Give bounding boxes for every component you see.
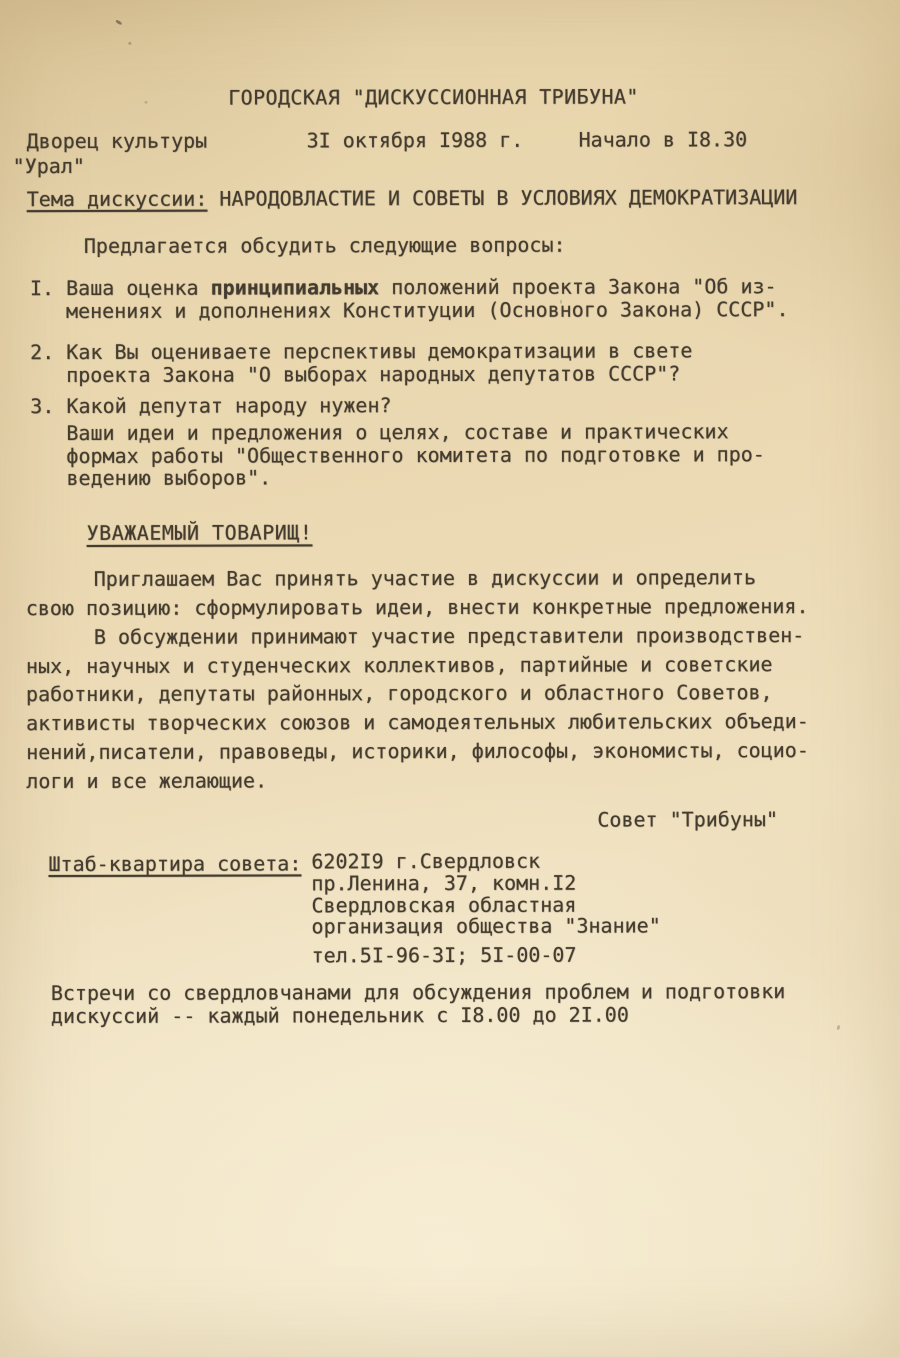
participants-paragraph: В обсуждении принимают участие представи… xyxy=(26,621,809,795)
participants-line6: логи и все желающие. xyxy=(26,765,809,796)
headquarters-org-line2: организация общества "Знание" xyxy=(311,916,660,939)
invitation-line2: свою позицию: сформулировать идеи, внест… xyxy=(26,592,809,623)
salutation: УВАЖАЕМЫЙ ТОВАРИЩ! xyxy=(87,520,313,545)
question-3: 3. Какой депутат народу нужен? xyxy=(30,394,391,417)
paper-speck xyxy=(115,19,123,25)
question-1-line1: I. Ваша оценка принципиальных положений … xyxy=(30,275,789,299)
participants-line1: В обсуждении принимают участие представи… xyxy=(26,621,809,652)
meetings-note: Встречи со свердловчанами для обсуждения… xyxy=(51,980,786,1027)
participants-line4: активисты творческих союзов и самодеятел… xyxy=(26,707,809,738)
event-info-row: Дворец культуры "Урал" 3I октября I988 г… xyxy=(27,127,899,179)
headquarters-postal-city: 6202I9 г.Свердловск xyxy=(311,850,660,873)
question-2: 2. Как Вы оцениваете перспективы демокра… xyxy=(30,339,692,386)
event-date: 3I октября I988 г. xyxy=(307,128,524,153)
signature: Совет "Трибуны" xyxy=(597,807,778,831)
question-2-line1: 2. Как Вы оцениваете перспективы демокра… xyxy=(30,339,692,363)
question-2-number: 2. xyxy=(30,340,54,364)
headquarters-address: 6202I9 г.Свердловск пр.Ленина, 37, комн.… xyxy=(311,850,661,967)
event-start-time: Начало в I8.30 xyxy=(579,127,748,151)
paper-speck xyxy=(128,42,131,45)
venue-name-line2: "Урал" xyxy=(13,152,899,178)
invitation-paragraph: Приглашаем Вас принять участие в дискусс… xyxy=(26,563,809,623)
question-3-number: 3. xyxy=(30,394,54,418)
agenda-intro: Предлагается обсудить следующие вопросы: xyxy=(84,233,566,258)
invitation-line1: Приглашаем Вас принять участие в дискусс… xyxy=(26,563,809,594)
headquarters-block: Штаб-квартира совета: 6202I9 г.Свердловс… xyxy=(48,850,660,968)
participants-line2: ных, научных и студенческих коллективов,… xyxy=(26,650,809,681)
question-3-subtext: Ваши идеи и предложения о целях, составе… xyxy=(66,420,765,489)
question-1-line2: менениях и дополнениях Конституции (Осно… xyxy=(30,298,789,322)
topic-row: Тема дискуссии: НАРОДОВЛАСТИЕ И СОВЕТЫ В… xyxy=(27,185,798,211)
headquarters-label: Штаб-квартира совета: xyxy=(48,851,301,876)
question-2-line2: проекта Закона "О выборах народных депут… xyxy=(30,362,692,386)
participants-line3: работники, депутаты районных, городского… xyxy=(26,678,809,709)
question-3-sub-line2: формах работы "Общественного комитета по… xyxy=(66,443,764,467)
question-3-sub-line3: ведению выборов". xyxy=(66,465,764,489)
question-1-bold-word: принципиальных xyxy=(211,275,380,299)
question-3-sub-line1: Ваши идеи и предложения о целях, составе… xyxy=(66,420,764,444)
headquarters-street: пр.Ленина, 37, комн.I2 xyxy=(311,872,660,895)
participants-line5: нений,писатели, правоведы, историки, фил… xyxy=(26,736,809,767)
document-body: ГОРОДСКАЯ "ДИСКУССИОННАЯ ТРИБУНА" Дворец… xyxy=(0,0,900,1357)
topic-title: НАРОДОВЛАСТИЕ И СОВЕТЫ В УСЛОВИЯХ ДЕМОКР… xyxy=(219,185,797,211)
headquarters-phone: тел.5I-96-3I; 5I-00-07 xyxy=(312,945,661,968)
meetings-note-line2: дискуссий -- каждый понедельник с I8.00 … xyxy=(51,1003,786,1027)
scanned-document-page: ГОРОДСКАЯ "ДИСКУССИОННАЯ ТРИБУНА" Дворец… xyxy=(0,0,900,1357)
question-3-line1: 3. Какой депутат народу нужен? xyxy=(30,394,391,417)
paper-speck xyxy=(836,1025,840,1031)
question-1: I. Ваша оценка принципиальных положений … xyxy=(30,275,789,322)
topic-label: Тема дискуссии: xyxy=(27,187,208,211)
meetings-note-line1: Встречи со свердловчанами для обсуждения… xyxy=(51,980,786,1004)
document-title: ГОРОДСКАЯ "ДИСКУССИОННАЯ ТРИБУНА" xyxy=(0,84,869,110)
question-1-number: I. xyxy=(30,276,54,300)
